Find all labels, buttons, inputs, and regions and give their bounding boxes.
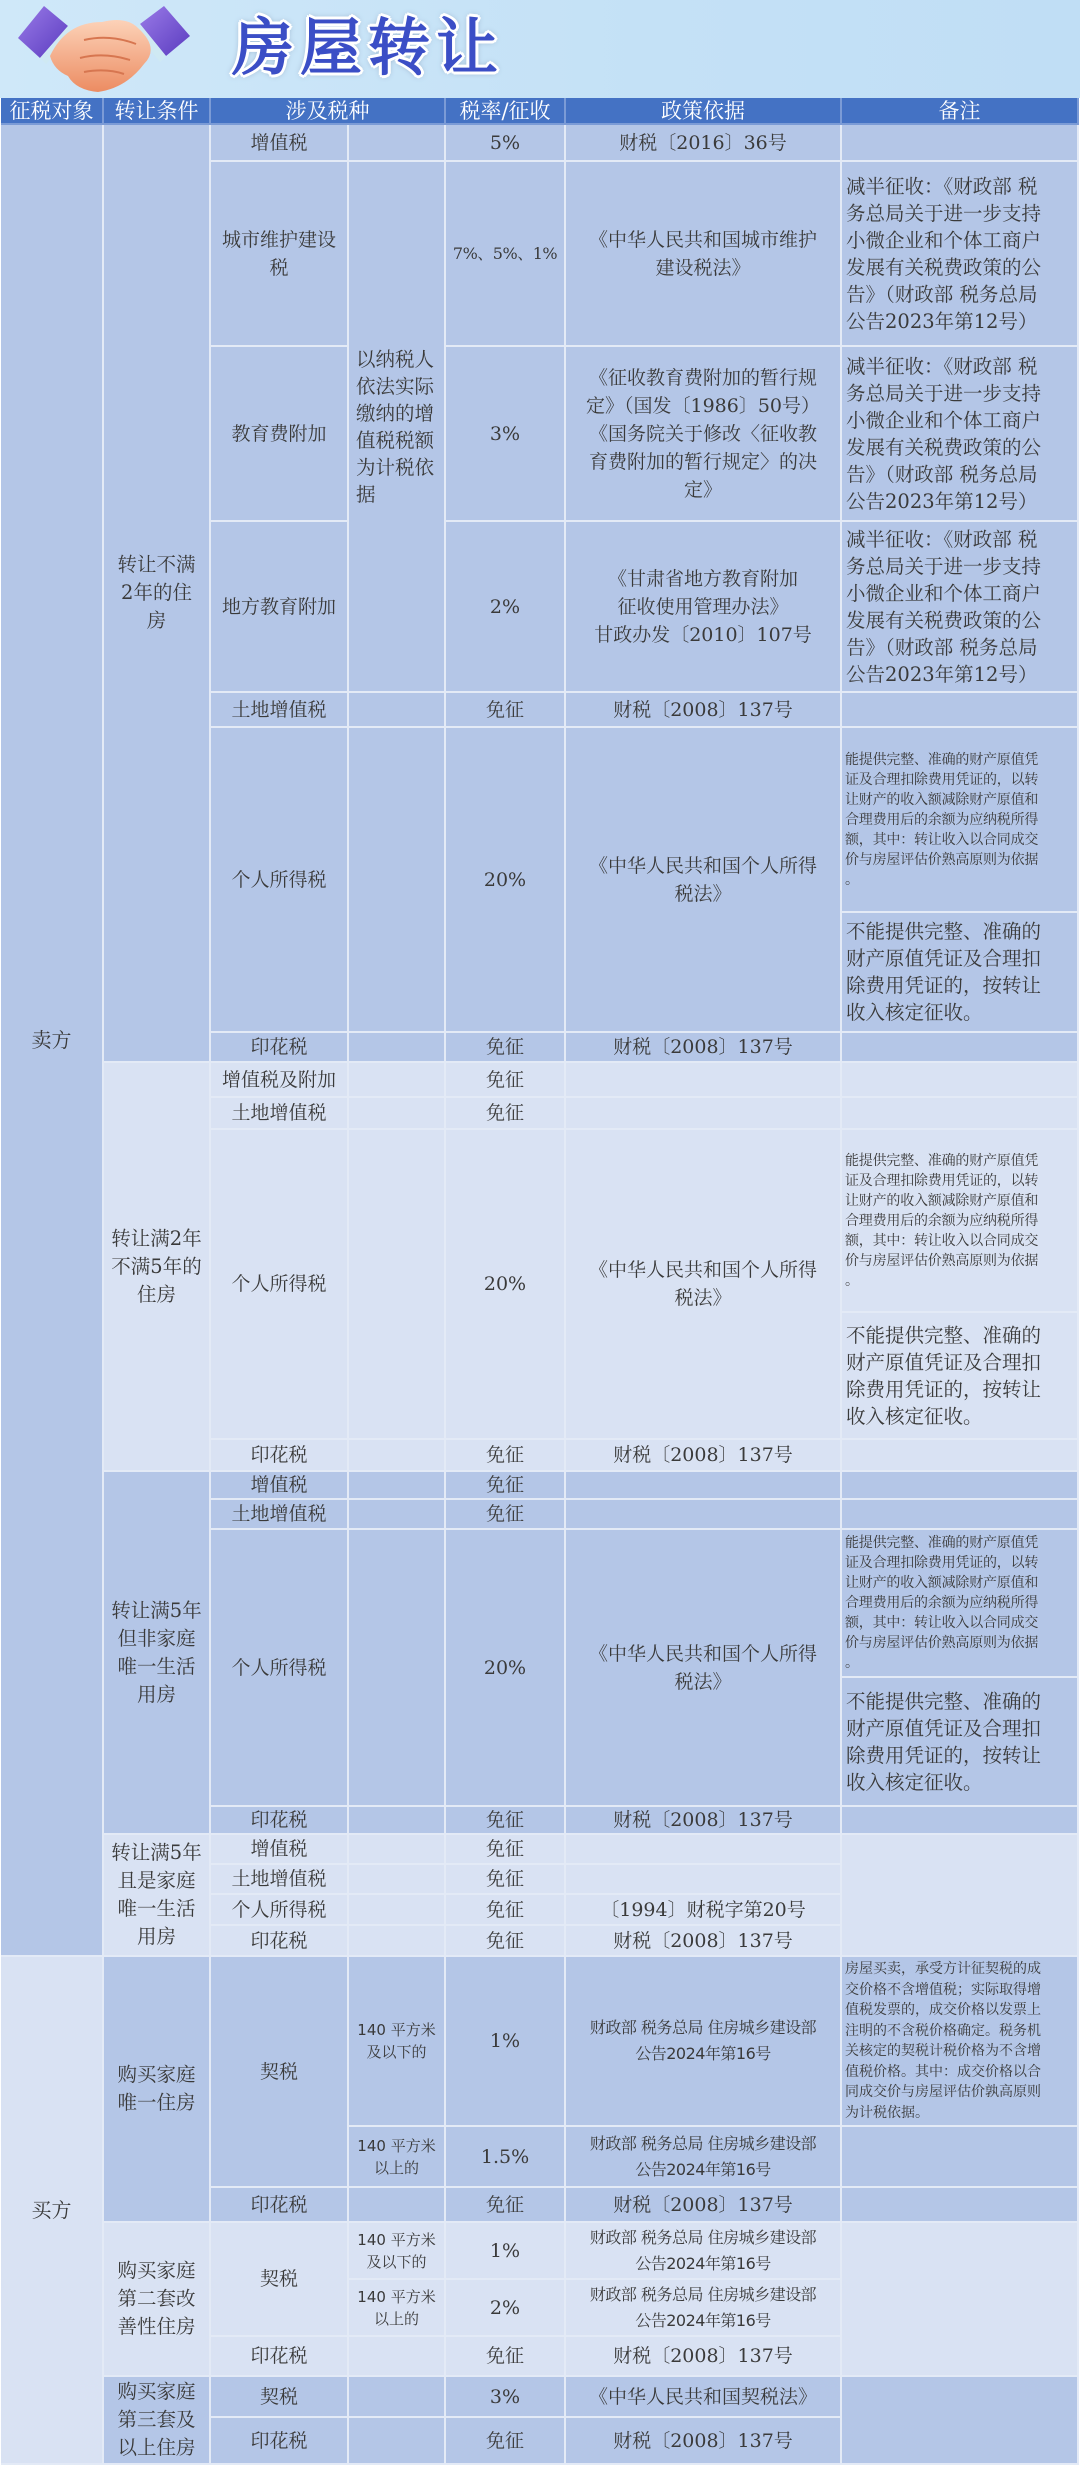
transfer-condition: 购买家庭 第三套及 以上住房 — [104, 2377, 211, 2465]
tax-rate: 免征 — [446, 2418, 566, 2465]
tax-type: 增值税 — [211, 1835, 349, 1865]
remark — [842, 125, 1079, 162]
remark — [842, 1063, 1079, 1098]
policy-basis: 《中华人民共和国契税法》 — [566, 2377, 842, 2418]
tax-rate: 免征 — [446, 1033, 566, 1063]
tax-rate: 免征 — [446, 1926, 566, 1957]
tax-rate: 免征 — [446, 1440, 566, 1472]
header-remarks: 备注 — [842, 98, 1079, 125]
remark — [842, 1472, 1079, 1500]
handshake-icon — [14, 0, 194, 96]
remark-with-proof: 能提供完整、准确的财产原值凭 证及合理扣除费用凭证的，以转 让财产的收入额减除财… — [842, 1530, 1079, 1678]
policy-basis — [566, 1098, 842, 1130]
tax-type: 个人所得税 — [211, 728, 349, 1033]
tax-type: 印花税 — [211, 2188, 349, 2223]
tax-type: 地方教育附加 — [211, 522, 349, 693]
tax-type: 土地增值税 — [211, 1098, 349, 1130]
tax-rate: 1% — [446, 1957, 566, 2127]
policy-basis: 财税〔2008〕137号 — [566, 1807, 842, 1835]
tax-basis-shared: 以纳税人 依法实际 缴纳的增 值税税额 为计税依 据 — [349, 162, 446, 693]
policy-basis: 《甘肃省地方教育附加 征收使用管理办法》 甘政办发〔2010〕107号 — [566, 522, 842, 693]
remark — [842, 1033, 1079, 1063]
tax-basis-cell — [349, 2418, 446, 2465]
tax-type: 增值税 — [211, 125, 349, 162]
remark: 房屋买卖，承受方计征契税的成 交价格不含增值税；实际取得增 值税发票的，成交价格… — [842, 1957, 1079, 2127]
tax-type: 土地增值税 — [211, 1865, 349, 1895]
tax-type: 城市维护建设 税 — [211, 162, 349, 347]
policy-basis: 《征收教育费附加的暂行规 定》（国发〔1986〕50号） 《国务院关于修改〈征收… — [566, 347, 842, 522]
tax-rate: 免征 — [446, 1807, 566, 1835]
table-row: 购买家庭 第二套改 善性住房 契税 140 平方米 及以下的 1% 财政部 税务… — [1, 2223, 1079, 2280]
transfer-condition: 转让不满 2年的住 房 — [104, 125, 211, 1063]
remark: 减半征收：《财政部 税 务总局关于进一步支持 小微企业和个体工商户 发展有关税费… — [842, 522, 1079, 693]
tax-rate: 3% — [446, 347, 566, 522]
tax-basis-cell — [349, 1926, 446, 1957]
remark — [842, 2188, 1079, 2223]
tax-basis-cell — [349, 1098, 446, 1130]
tax-basis-cell — [349, 1835, 446, 1865]
tax-basis-cell — [349, 1472, 446, 1500]
policy-basis — [566, 1500, 842, 1530]
tax-basis-cell — [349, 693, 446, 728]
policy-basis — [566, 1865, 842, 1895]
tax-type: 印花税 — [211, 1440, 349, 1472]
policy-basis: 财税〔2008〕137号 — [566, 2418, 842, 2465]
tax-basis-cell — [349, 1063, 446, 1098]
tax-rate: 1% — [446, 2223, 566, 2280]
policy-basis: 财政部 税务总局 住房城乡建设部 公告2024年第16号 — [566, 1957, 842, 2127]
policy-basis: 财政部 税务总局 住房城乡建设部 公告2024年第16号 — [566, 2280, 842, 2337]
tax-type: 印花税 — [211, 2337, 349, 2377]
transfer-condition: 购买家庭 第二套改 善性住房 — [104, 2223, 211, 2377]
policy-basis — [566, 1472, 842, 1500]
table-row: 转让满2年 不满5年的 住房 增值税及附加 免征 — [1, 1063, 1079, 1098]
remark — [842, 2377, 1079, 2465]
remark — [842, 1835, 1079, 1957]
policy-basis — [566, 1835, 842, 1865]
policy-basis: 财税〔2008〕137号 — [566, 1033, 842, 1063]
header-tax-object: 征税对象 — [1, 98, 104, 125]
policy-basis: 财政部 税务总局 住房城乡建设部 公告2024年第16号 — [566, 2127, 842, 2188]
tax-type: 个人所得税 — [211, 1130, 349, 1440]
tax-basis-cell — [349, 1130, 446, 1440]
header-rate: 税率/征收 — [446, 98, 566, 125]
policy-basis: 财政部 税务总局 住房城乡建设部 公告2024年第16号 — [566, 2223, 842, 2280]
remark: 减半征收：《财政部 税 务总局关于进一步支持 小微企业和个体工商户 发展有关税费… — [842, 162, 1079, 347]
transfer-condition: 转让满5年 但非家庭 唯一生活 用房 — [104, 1472, 211, 1835]
tax-rate: 20% — [446, 1130, 566, 1440]
tax-basis-cell — [349, 1033, 446, 1063]
remark — [842, 1807, 1079, 1835]
policy-basis: 财税〔2008〕137号 — [566, 1440, 842, 1472]
remark-with-proof: 能提供完整、准确的财产原值凭 证及合理扣除费用凭证的，以转 让财产的收入额减除财… — [842, 1130, 1079, 1313]
tax-rate: 2% — [446, 2280, 566, 2337]
tax-object-buyer: 买方 — [1, 1957, 104, 2465]
table-row: 买方 购买家庭 唯一住房 契税 140 平方米 及以下的 1% 财政部 税务总局… — [1, 1957, 1079, 2127]
tax-type: 契税 — [211, 1957, 349, 2188]
tax-type: 增值税 — [211, 1472, 349, 1500]
tax-type: 增值税及附加 — [211, 1063, 349, 1098]
remark-with-proof: 能提供完整、准确的财产原值凭 证及合理扣除费用凭证的，以转 让财产的收入额减除财… — [842, 728, 1079, 913]
remark — [842, 2127, 1079, 2188]
tax-type: 印花税 — [211, 1926, 349, 1957]
area-range: 140 平方米 以上的 — [349, 2127, 446, 2188]
page-title: 房屋转让 — [232, 10, 504, 86]
tax-basis-cell — [349, 728, 446, 1033]
policy-basis: 财税〔2008〕137号 — [566, 693, 842, 728]
remark-without-proof: 不能提供完整、准确的 财产原值凭证及合理扣 除费用凭证的，按转让 收入核定征收。 — [842, 1678, 1079, 1807]
header-row: 征税对象 转让条件 涉及税种 税率/征收 政策依据 备注 — [1, 98, 1079, 125]
transfer-condition: 转让满5年 且是家庭 唯一生活 用房 — [104, 1835, 211, 1957]
tax-type: 印花税 — [211, 1033, 349, 1063]
area-range: 140 平方米 及以下的 — [349, 1957, 446, 2127]
tax-rate: 免征 — [446, 693, 566, 728]
tax-rate: 7%、5%、1% — [446, 162, 566, 347]
tax-rate: 20% — [446, 728, 566, 1033]
title-banner: 房屋转让 — [0, 0, 1080, 98]
tax-type: 土地增值税 — [211, 693, 349, 728]
tax-type: 契税 — [211, 2223, 349, 2337]
policy-basis: 《中华人民共和国个人所得 税法》 — [566, 1530, 842, 1807]
table-row: 卖方 转让不满 2年的住 房 增值税 5% 财税〔2016〕36号 — [1, 125, 1079, 162]
area-range: 140 平方米 以上的 — [349, 2280, 446, 2337]
tax-basis-cell — [349, 2337, 446, 2377]
tax-basis-cell — [349, 1865, 446, 1895]
tax-rate: 免征 — [446, 2188, 566, 2223]
area-range: 140 平方米 及以下的 — [349, 2223, 446, 2280]
tax-type: 教育费附加 — [211, 347, 349, 522]
remark — [842, 1098, 1079, 1130]
policy-basis: 《中华人民共和国个人所得 税法》 — [566, 1130, 842, 1440]
tax-rate: 3% — [446, 2377, 566, 2418]
tax-basis-cell — [349, 1807, 446, 1835]
tax-type: 印花税 — [211, 1807, 349, 1835]
tax-basis-cell — [349, 1440, 446, 1472]
tax-rate: 免征 — [446, 1063, 566, 1098]
header-policy-basis: 政策依据 — [566, 98, 842, 125]
tax-type: 个人所得税 — [211, 1530, 349, 1807]
table-row: 转让满5年 但非家庭 唯一生活 用房 增值税 免征 — [1, 1472, 1079, 1500]
tax-rate: 免征 — [446, 1472, 566, 1500]
tax-basis-cell — [349, 1500, 446, 1530]
tax-rate: 免征 — [446, 2337, 566, 2377]
tax-basis-cell — [349, 125, 446, 162]
tax-rate: 免征 — [446, 1865, 566, 1895]
header-tax-type: 涉及税种 — [211, 98, 446, 125]
tax-rate: 1.5% — [446, 2127, 566, 2188]
tax-basis-cell — [349, 1530, 446, 1807]
remark: 减半征收：《财政部 税 务总局关于进一步支持 小微企业和个体工商户 发展有关税费… — [842, 347, 1079, 522]
table-row: 转让满5年 且是家庭 唯一生活 用房 增值税 免征 — [1, 1835, 1079, 1865]
transfer-condition: 购买家庭 唯一住房 — [104, 1957, 211, 2223]
policy-basis: 〔1994〕财税字第20号 — [566, 1895, 842, 1926]
transfer-condition: 转让满2年 不满5年的 住房 — [104, 1063, 211, 1472]
policy-basis: 财税〔2008〕137号 — [566, 2337, 842, 2377]
tax-object-seller: 卖方 — [1, 125, 104, 1957]
remark-without-proof: 不能提供完整、准确的 财产原值凭证及合理扣 除费用凭证的，按转让 收入核定征收。 — [842, 913, 1079, 1033]
tax-rate: 5% — [446, 125, 566, 162]
policy-basis: 财税〔2008〕137号 — [566, 2188, 842, 2223]
tax-rate: 免征 — [446, 1500, 566, 1530]
tax-type: 个人所得税 — [211, 1895, 349, 1926]
remark-without-proof: 不能提供完整、准确的 财产原值凭证及合理扣 除费用凭证的，按转让 收入核定征收。 — [842, 1313, 1079, 1440]
tax-basis-cell — [349, 2188, 446, 2223]
remark — [842, 693, 1079, 728]
house-transfer-tax-table: 征税对象 转让条件 涉及税种 税率/征收 政策依据 备注 卖方 转让不满 2年的… — [1, 98, 1079, 2465]
tax-rate: 20% — [446, 1530, 566, 1807]
tax-type: 印花税 — [211, 2418, 349, 2465]
tax-rate: 免征 — [446, 1098, 566, 1130]
tax-type: 土地增值税 — [211, 1500, 349, 1530]
table-row: 购买家庭 第三套及 以上住房 契税 3% 《中华人民共和国契税法》 — [1, 2377, 1079, 2418]
policy-basis: 财税〔2016〕36号 — [566, 125, 842, 162]
tax-basis-cell — [349, 2377, 446, 2418]
tax-basis-cell — [349, 1895, 446, 1926]
policy-basis: 《中华人民共和国个人所得 税法》 — [566, 728, 842, 1033]
policy-basis: 财税〔2008〕137号 — [566, 1926, 842, 1957]
header-transfer-condition: 转让条件 — [104, 98, 211, 125]
remark — [842, 2223, 1079, 2377]
tax-type: 契税 — [211, 2377, 349, 2418]
remark — [842, 1500, 1079, 1530]
policy-basis — [566, 1063, 842, 1098]
tax-rate: 免征 — [446, 1835, 566, 1865]
remark — [842, 1440, 1079, 1472]
tax-rate: 2% — [446, 522, 566, 693]
tax-rate: 免征 — [446, 1895, 566, 1926]
policy-basis: 《中华人民共和国城市维护 建设税法》 — [566, 162, 842, 347]
